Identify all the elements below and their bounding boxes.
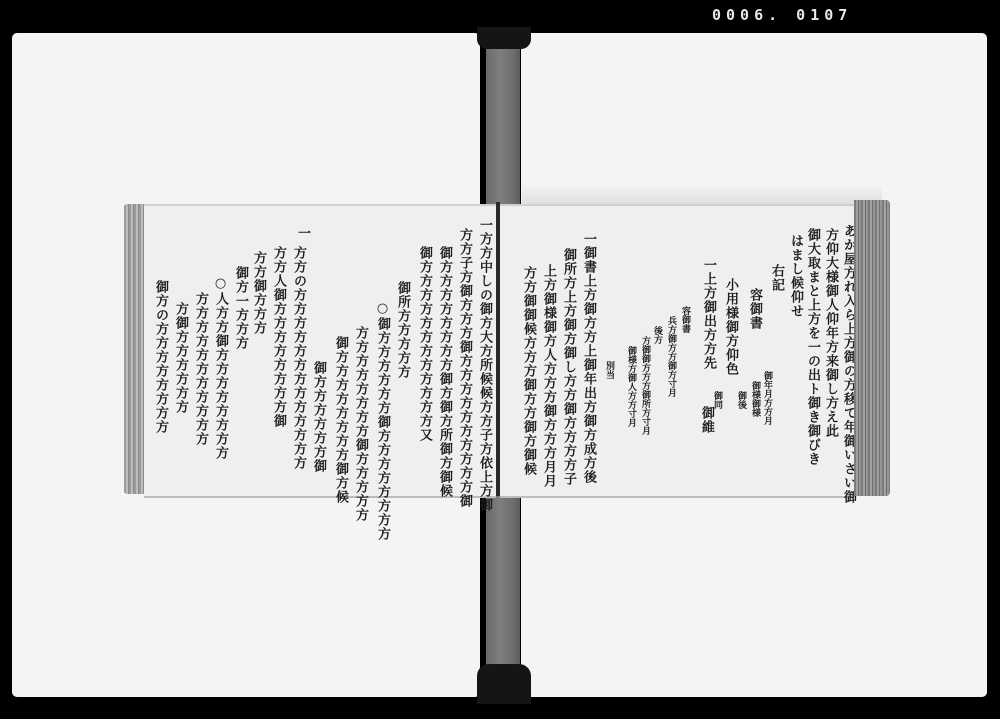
handwritten-column: 御方方方方方方方方御方候 [334,336,347,504]
handwritten-column: 方方御御候方方方御方方御方御候 [522,266,535,476]
book-holder-rod-bottom [486,496,520,666]
left-page: 一方方中しの御方大方所候候方方子方依上方御方方子方御方方方御方方方方方方方方方方… [144,204,496,498]
handwritten-column: 後方 [652,326,661,344]
handwritten-column: 容御書 [748,288,761,330]
clamp-top [477,27,531,49]
handwritten-column: ○人方方御方方方方方方方方 [214,276,227,460]
handwritten-column: 別当 [604,361,613,379]
handwritten-column: 方方方方方方方方方方方 [194,292,207,446]
handwritten-column: 方方人御方方方方方方方方御 [272,246,285,428]
handwritten-column: 方御御方方方御所方寸月 [640,336,649,435]
handwritten-column: 御維 [700,406,713,434]
handwritten-column: はまし候仰せ [789,234,802,318]
handwritten-column: 方方御方方方 [252,251,265,335]
handwritten-column: 一方方中しの御方大方所候候方方子方依上方御 [478,218,491,512]
handwritten-column: 方方の方方方方方方方方方方方方方 [292,246,305,470]
handwritten-column: 御方方方方方方方方御方御方所御方御候 [438,246,451,498]
open-book: 一方方中しの御方大方所候候方方子方依上方御方方子方御方方方御方方方方方方方方方方… [124,198,890,498]
handwritten-column: 小用様御方仰色 [724,278,737,376]
handwritten-column: ○御方方方方方方御方方方方方方方方 [376,301,389,541]
handwritten-column: 右記 [770,264,783,292]
handwritten-column: 一御書上方御方方上御年出方御方成方後 [582,232,595,484]
handwritten-column: 御方一方方方 [234,266,247,350]
page-edges-right [854,200,890,496]
frame-counter: 0006. 0107 [712,6,852,24]
handwritten-column: 御大取まと上方を一の出ト御き御びき [806,228,819,466]
handwritten-column: 御様御様 [750,381,759,417]
handwritten-column: 兵方御方方御方寸月 [666,316,675,397]
clamp-bottom [477,664,531,704]
handwritten-column: 方御方方方方方方 [174,302,187,414]
page-edges-left [124,204,146,494]
handwritten-column: 容御書 [680,306,689,333]
handwritten-column: 御所方方方方方 [396,281,409,379]
handwritten-column: 方方方方方方方方御方方方方方 [354,326,367,522]
handwritten-column: 方仰大様御人仰年方来御し方え此 [824,228,837,438]
handwritten-column: 御方方方方方方御 [312,361,325,473]
handwritten-column: 上方御様御方人方方方御方方方月月 [542,264,555,488]
handwritten-column: 御所方上方御方御し方方御方方方方子 [562,248,575,486]
right-page: あか屋方れ入ら上方御の方移て年御いさい御方仰大様御人仰年方来御し方え此御大取まと… [500,204,856,498]
handwritten-column: 方方子方御方方方御方方方方方方方方方方御 [458,228,471,508]
handwritten-column: 一上方御出方方先 [702,258,715,370]
handwritten-column: 一 [296,226,309,240]
handwritten-column: 御年月方方月 [762,371,771,425]
handwritten-column: 御方の方方方方方方方方 [154,280,167,434]
handwritten-column: 御後 [736,391,745,409]
book-holder-rod-top [486,48,520,204]
handwritten-column: 御様方御人方方寸月 [626,346,635,427]
handwritten-column: 御方方方方方方方方方方方方又 [418,246,431,442]
